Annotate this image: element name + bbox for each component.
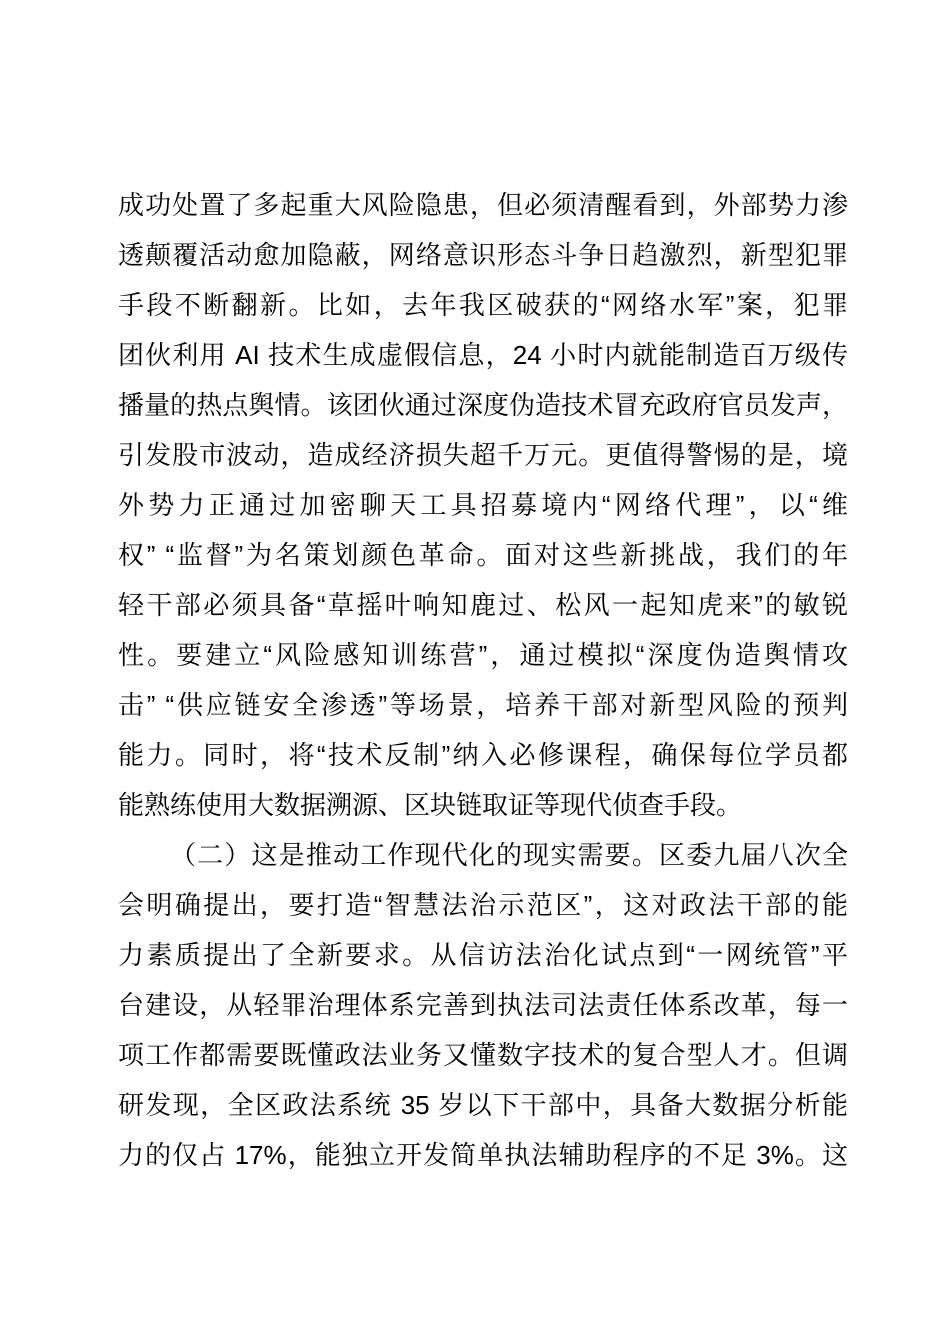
- document-line: 性。要建立“风险感知训练营”，通过模拟“深度伪造舆情攻: [118, 630, 848, 680]
- document-line: 引发股市波动，造成经济损失超千万元。更值得警惕的是，境: [118, 430, 848, 480]
- document-page: 成功处置了多起重大风险隐患，但必须清醒看到，外部势力渗透颠覆活动愈加隐蔽，网络意…: [0, 0, 950, 1344]
- document-line: 成功处置了多起重大风险隐患，但必须清醒看到，外部势力渗: [118, 180, 848, 230]
- document-line: 播量的热点舆情。该团伙通过深度伪造技术冒充政府官员发声，: [118, 380, 848, 430]
- document-line: 力素质提出了全新要求。从信访法治化试点到“一网统管”平: [118, 930, 848, 980]
- document-line: 会明确提出，要打造“智慧法治示范区”，这对政法干部的能: [118, 880, 848, 930]
- document-line: 透颠覆活动愈加隐蔽，网络意识形态斗争日趋激烈，新型犯罪: [118, 230, 848, 280]
- document-line: 轻干部必须具备“草摇叶响知鹿过、松风一起知虎来”的敏锐: [118, 580, 848, 630]
- document-line: 力的仅占 17%，能独立开发简单执法辅助程序的不足 3%。这: [118, 1130, 848, 1180]
- document-line: 手段不断翻新。比如，去年我区破获的“网络水军”案，犯罪: [118, 280, 848, 330]
- document-line: 团伙利用 AI 技术生成虚假信息，24 小时内就能制造百万级传: [118, 330, 848, 380]
- document-line: 外势力正通过加密聊天工具招募境内“网络代理”，以“维: [118, 480, 848, 530]
- document-line: 研发现，全区政法系统 35 岁以下干部中，具备大数据分析能: [118, 1080, 848, 1130]
- document-line: 项工作都需要既懂政法业务又懂数字技术的复合型人才。但调: [118, 1030, 848, 1080]
- document-line: 能熟练使用大数据溯源、区块链取证等现代侦查手段。: [118, 780, 848, 830]
- document-text-block: 成功处置了多起重大风险隐患，但必须清醒看到，外部势力渗透颠覆活动愈加隐蔽，网络意…: [118, 180, 848, 1180]
- document-line: 击” “供应链安全渗透”等场景，培养干部对新型风险的预判: [118, 680, 848, 730]
- document-line: 台建设，从轻罪治理体系完善到执法司法责任体系改革，每一: [118, 980, 848, 1030]
- document-line: 能力。同时，将“技术反制”纳入必修课程，确保每位学员都: [118, 730, 848, 780]
- document-line: （二）这是推动工作现代化的现实需要。区委九届八次全: [118, 830, 848, 880]
- document-line: 权” “监督”为名策划颜色革命。面对这些新挑战，我们的年: [118, 530, 848, 580]
